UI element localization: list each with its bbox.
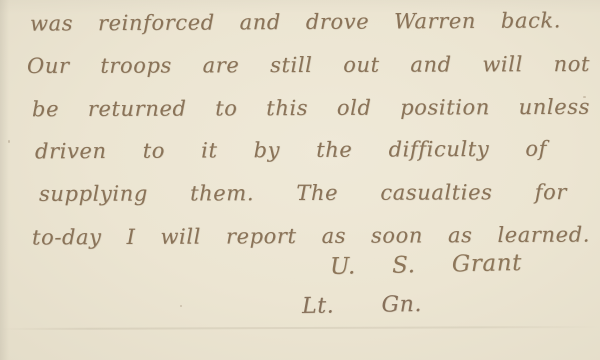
signature: U. S. Grant bbox=[330, 248, 523, 282]
letter-line: driven to it by the difficulty of bbox=[35, 134, 547, 167]
letter-line: was reinforced and drove Warren back. bbox=[30, 5, 561, 38]
letter-page: was reinforced and drove Warren back. Ou… bbox=[0, 0, 600, 360]
paper-crease bbox=[0, 326, 600, 330]
signature-rank: Lt. Gn. bbox=[302, 290, 423, 322]
ink-speck bbox=[180, 305, 182, 307]
letter-line: be returned to this old position unless bbox=[32, 92, 590, 124]
ink-speck bbox=[583, 96, 586, 98]
ink-speck bbox=[8, 140, 10, 143]
letter-line: Our troops are still out and will not bbox=[27, 49, 590, 81]
letter-line: supplying them. The casualties for bbox=[39, 177, 567, 209]
